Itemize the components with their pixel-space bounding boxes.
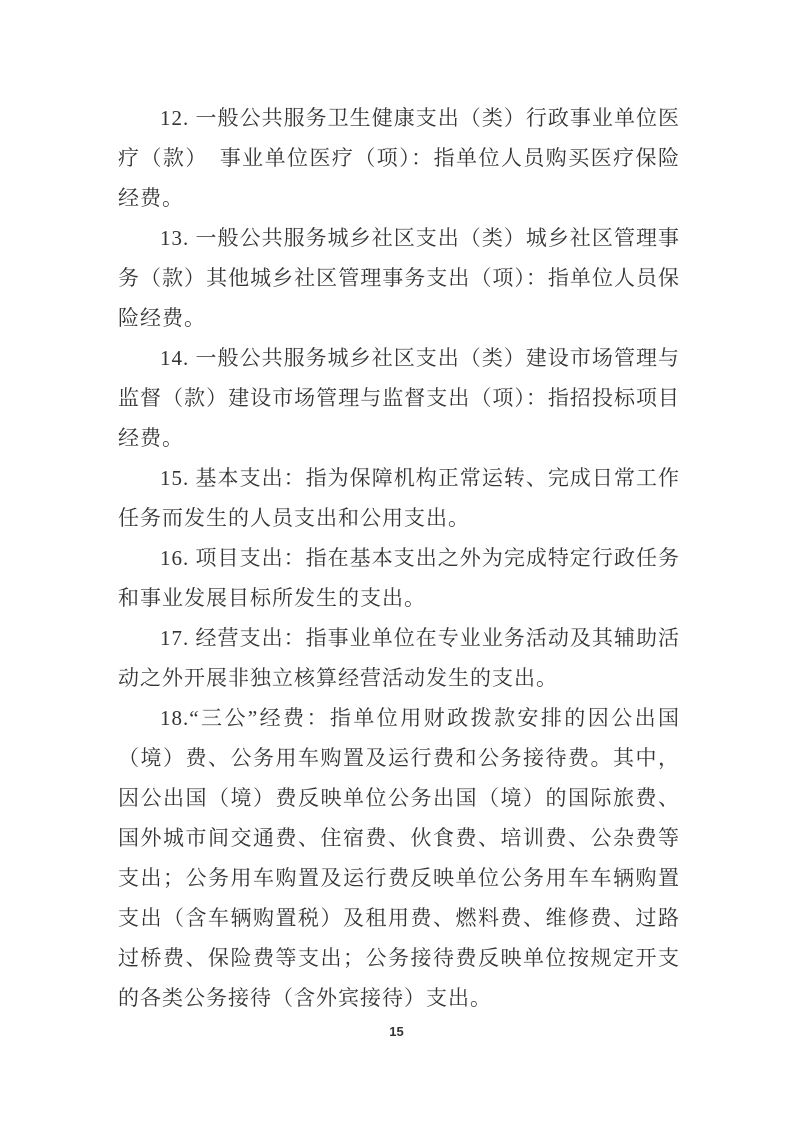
- paragraph-item-16: 16. 项目支出：指在基本支出之外为完成特定行政任务和事业发展目标所发生的支出。: [118, 538, 680, 618]
- paragraph-item-13: 13. 一般公共服务城乡社区支出（类）城乡社区管理事务（款）其他城乡社区管理事务…: [118, 218, 680, 338]
- paragraph-item-12: 12. 一般公共服务卫生健康支出（类）行政事业单位医疗（款） 事业单位医疗（项）…: [118, 98, 680, 218]
- paragraph-item-17: 17. 经营支出：指事业单位在专业业务活动及其辅助活动之外开展非独立核算经营活动…: [118, 618, 680, 698]
- document-page: 12. 一般公共服务卫生健康支出（类）行政事业单位医疗（款） 事业单位医疗（项）…: [0, 0, 793, 1122]
- page-number: 15: [0, 1024, 793, 1039]
- paragraph-item-18: 18.“三公”经费：指单位用财政拨款安排的因公出国（境）费、公务用车购置及运行费…: [118, 698, 680, 1018]
- paragraph-item-14: 14. 一般公共服务城乡社区支出（类）建设市场管理与监督（款）建设市场管理与监督…: [118, 338, 680, 458]
- paragraph-item-15: 15. 基本支出：指为保障机构正常运转、完成日常工作任务而发生的人员支出和公用支…: [118, 458, 680, 538]
- document-body: 12. 一般公共服务卫生健康支出（类）行政事业单位医疗（款） 事业单位医疗（项）…: [118, 98, 680, 1018]
